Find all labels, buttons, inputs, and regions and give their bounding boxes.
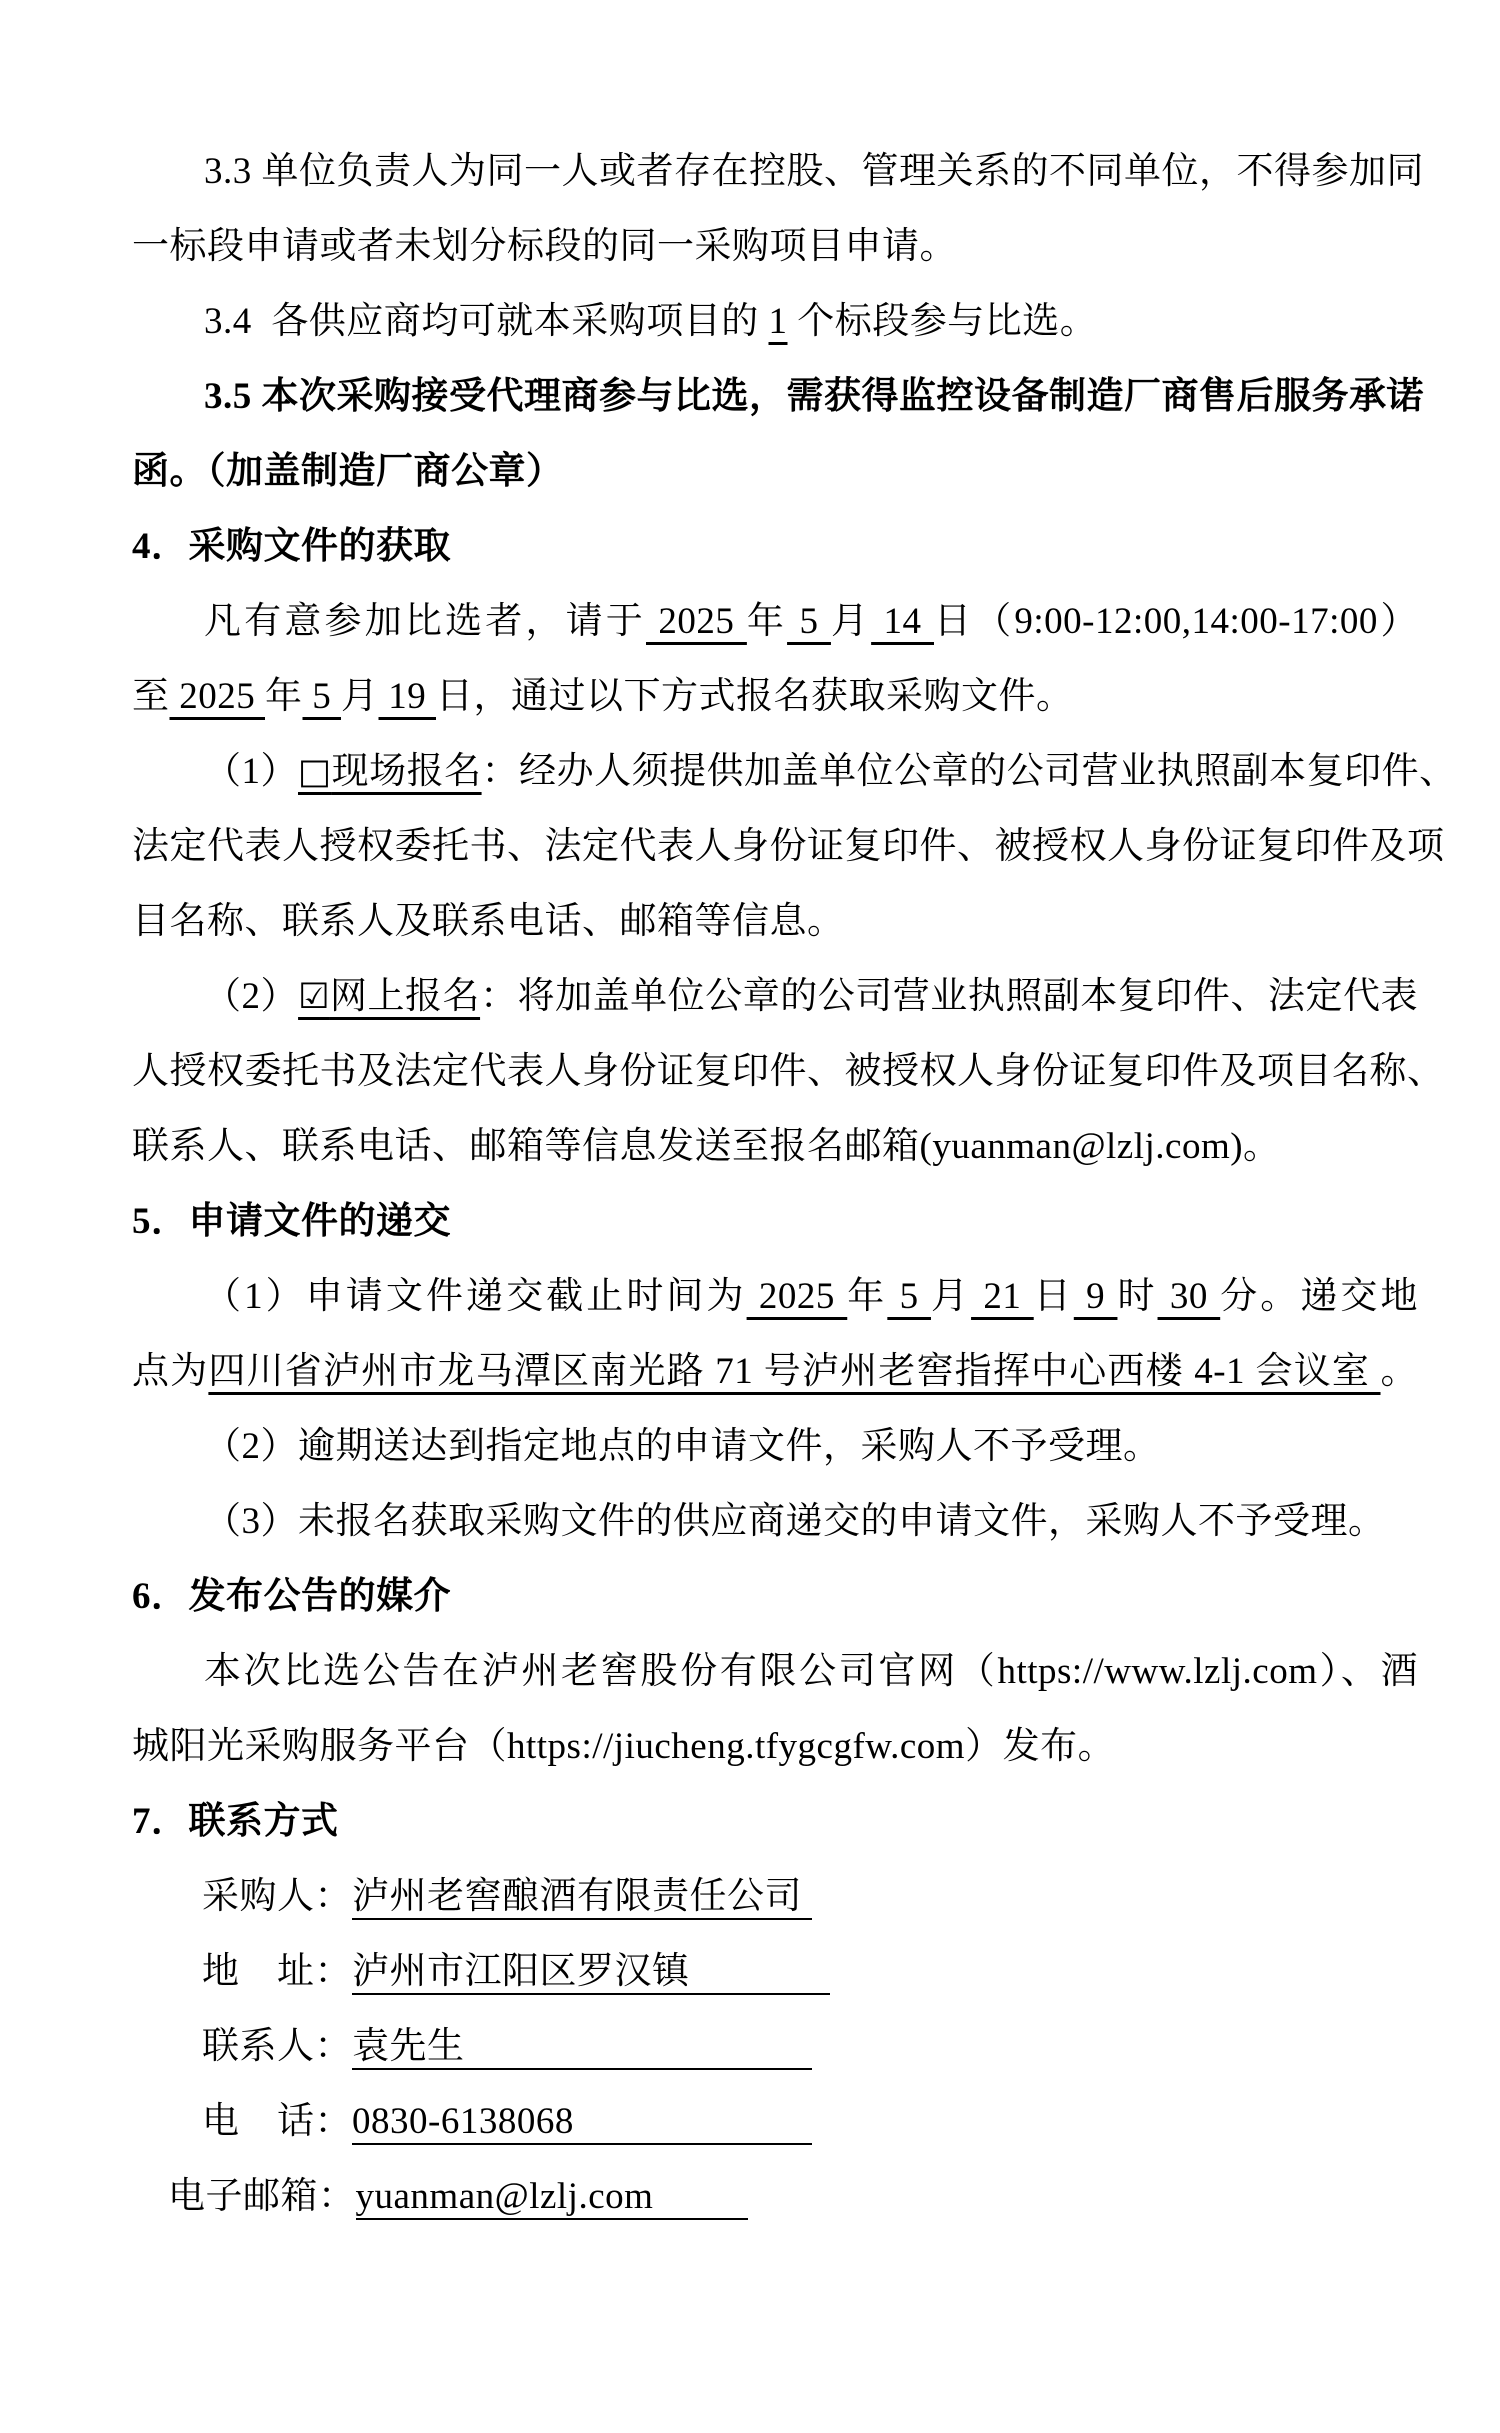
text-run: 凡有意参加比选者，请于 [204, 601, 646, 642]
document-line: （2）☑网上报名：将加盖单位公章的公司营业执照副本复印件、法定代表 [132, 959, 1418, 1034]
document-line: （1）□现场报名：经办人须提供加盖单位公章的公司营业执照副本复印件、 [132, 734, 1418, 809]
text-run: 月 [831, 601, 871, 642]
contact-row: 采购人：泸州老窖酿酒有限责任公司 [202, 1859, 1488, 1934]
text-run: 年 [265, 676, 303, 717]
underline-blank: 21 [971, 1276, 1034, 1317]
underline-blank: 四川省泸州市龙马潭区南光路 71 号泸州老窖指挥中心西楼 4-1 会议室 [208, 1351, 1380, 1392]
text-run: 3.5 本次采购接受代理商参与比选，需获得监控设备制造厂商售后服务承诺 [204, 376, 1424, 417]
contact-row: 电 话：0830-6138068 [202, 2084, 1488, 2159]
underline-blank: 30 [1158, 1276, 1221, 1317]
underline-blank: 19 [379, 676, 437, 717]
document-line: 函。（加盖制造厂商公章） [132, 434, 1418, 509]
document-line: 点为四川省泸州市龙马潭区南光路 71 号泸州老窖指挥中心西楼 4-1 会议室 。 [132, 1334, 1418, 1409]
contact-value-underline: 泸州老窖酿酒有限责任公司 [352, 1874, 812, 1920]
text-run: 年 [847, 1276, 887, 1317]
underline-blank: 1 [769, 301, 788, 342]
text-run: 城阳光采购服务平台（https://jiucheng.tfygcgfw.com）… [132, 1726, 1115, 1767]
underline-blank: 5 [787, 601, 831, 642]
underline-blank: 9 [1074, 1276, 1118, 1317]
text-run: （2）逾期送达到指定地点的申请文件，采购人不予受理。 [204, 1426, 1161, 1467]
contact-value-underline: 泸州市江阳区罗汉镇 [352, 1949, 830, 1995]
document-line: 凡有意参加比选者，请于 2025 年 5 月 14 日（9:00-12:00,1… [132, 584, 1418, 659]
contact-row: 电子邮箱：yuanman@lzlj.com [168, 2159, 1454, 2234]
checkbox-checked-icon: ☑ [298, 977, 330, 1017]
contact-label: 电 话 [202, 2084, 315, 2159]
contact-value-underline: 0830-6138068 [352, 2099, 812, 2145]
text-run: 。 [1381, 1351, 1419, 1392]
checkbox-unchecked-icon: □ [298, 752, 332, 792]
text-run: （1）申请文件递交截止时间为 [204, 1276, 747, 1317]
underline-blank: 5 [887, 1276, 931, 1317]
contact-colon: ： [315, 1934, 353, 2009]
document-line: 3.4 各供应商均可就本采购项目的 1 个标段参与比选。 [132, 284, 1418, 359]
text-run: 点为 [132, 1351, 208, 1392]
text-run: 个标段参与比选。 [788, 301, 1098, 342]
document-line: 城阳光采购服务平台（https://jiucheng.tfygcgfw.com）… [132, 1709, 1418, 1784]
text-run: 6．发布公告的媒介 [132, 1576, 451, 1617]
text-run: 目名称、联系人及联系电话、邮箱等信息。 [132, 901, 845, 942]
contact-label: 地 址 [202, 1934, 315, 2009]
contact-value-underline: 袁先生 [352, 2024, 812, 2070]
text-run: 3.4 各供应商均可就本采购项目的 [204, 301, 769, 342]
underline-blank: 14 [871, 601, 934, 642]
text-run: 年 [747, 601, 787, 642]
document-line: 至 2025 年 5 月 19 日，通过以下方式报名获取采购文件。 [132, 659, 1418, 734]
document-line: 3.3 单位负责人为同一人或者存在控股、管理关系的不同单位，不得参加同 [132, 134, 1418, 209]
text-run: 3.3 单位负责人为同一人或者存在控股、管理关系的不同单位，不得参加同 [204, 151, 1424, 192]
text-run: 人授权委托书及法定代表人身份证复印件、被授权人身份证复印件及项目名称、 [132, 1051, 1445, 1092]
underline-blank: 5 [303, 676, 342, 717]
document-line: 一标段申请或者未划分标段的同一采购项目申请。 [132, 209, 1418, 284]
text-run: 时 [1117, 1276, 1157, 1317]
text-run: 一标段申请或者未划分标段的同一采购项目申请。 [132, 226, 957, 267]
contact-colon: ： [315, 2084, 353, 2159]
underline-blank: 2025 [747, 1276, 848, 1317]
contact-label: 采购人 [202, 1859, 315, 1934]
document-line: 3.5 本次采购接受代理商参与比选，需获得监控设备制造厂商售后服务承诺 [132, 359, 1418, 434]
text-run: （2） [204, 976, 298, 1017]
text-run: 7．联系方式 [132, 1801, 339, 1842]
text-run: ：将加盖单位公章的公司营业执照副本复印件、法定代表 [480, 976, 1418, 1017]
contact-label: 联系人 [202, 2009, 315, 2084]
document-line: 本次比选公告在泸州老窖股份有限公司官网（https://www.lzlj.com… [132, 1634, 1418, 1709]
text-run: 联系人、联系电话、邮箱等信息发送至报名邮箱(yuanman@lzlj.com)。 [132, 1126, 1281, 1167]
contact-row: 地 址：泸州市江阳区罗汉镇 [202, 1934, 1488, 2009]
contact-value-underline: yuanman@lzlj.com [356, 2174, 748, 2220]
contact-colon: ： [318, 2159, 356, 2234]
document-page: 3.3 单位负责人为同一人或者存在控股、管理关系的不同单位，不得参加同一标段申请… [0, 0, 1500, 2234]
contact-row: 联系人：袁先生 [202, 2009, 1488, 2084]
section-heading: 5．申请文件的递交 [132, 1184, 1418, 1259]
text-run: （1） [204, 751, 298, 792]
underline-blank: 现场报名 [332, 751, 482, 792]
text-run: 月 [341, 676, 379, 717]
text-run: 分。递交地 [1220, 1276, 1418, 1317]
text-run: 4．采购文件的获取 [132, 526, 451, 567]
contact-label: 电子邮箱 [168, 2159, 318, 2234]
underline-blank: 2025 [646, 601, 747, 642]
document-line: 人授权委托书及法定代表人身份证复印件、被授权人身份证复印件及项目名称、 [132, 1034, 1418, 1109]
section-heading: 4．采购文件的获取 [132, 509, 1418, 584]
contact-colon: ： [315, 1859, 353, 1934]
text-run: 法定代表人授权委托书、法定代表人身份证复印件、被授权人身份证复印件及项 [132, 826, 1445, 867]
text-run: 至 [132, 676, 170, 717]
text-run: 日，通过以下方式报名获取采购文件。 [436, 676, 1074, 717]
document-line: （3）未报名获取采购文件的供应商递交的申请文件，采购人不予受理。 [132, 1484, 1418, 1559]
section-heading: 7．联系方式 [132, 1784, 1418, 1859]
document-line: 目名称、联系人及联系电话、邮箱等信息。 [132, 884, 1418, 959]
document-line: （2）逾期送达到指定地点的申请文件，采购人不予受理。 [132, 1409, 1418, 1484]
text-run: 函。（加盖制造厂商公章） [132, 451, 564, 492]
document-line: 联系人、联系电话、邮箱等信息发送至报名邮箱(yuanman@lzlj.com)。 [132, 1109, 1418, 1184]
section-heading: 6．发布公告的媒介 [132, 1559, 1418, 1634]
document-line: （1）申请文件递交截止时间为 2025 年 5 月 21 日 9 时 30 分。… [132, 1259, 1418, 1334]
text-run: 日（9:00-12:00,14:00-17:00） [934, 601, 1418, 642]
underline-blank: 2025 [170, 676, 266, 717]
text-run: （3）未报名获取采购文件的供应商递交的申请文件，采购人不予受理。 [204, 1501, 1386, 1542]
underline-blank: 网上报名 [330, 976, 480, 1017]
text-run: 月 [931, 1276, 971, 1317]
text-run: ：经办人须提供加盖单位公章的公司营业执照副本复印件、 [482, 751, 1457, 792]
contact-colon: ： [315, 2009, 353, 2084]
text-run: 日 [1034, 1276, 1074, 1317]
document-line: 法定代表人授权委托书、法定代表人身份证复印件、被授权人身份证复印件及项 [132, 809, 1418, 884]
text-run: 本次比选公告在泸州老窖股份有限公司官网（https://www.lzlj.com… [204, 1651, 1418, 1692]
text-run: 5．申请文件的递交 [132, 1201, 451, 1242]
